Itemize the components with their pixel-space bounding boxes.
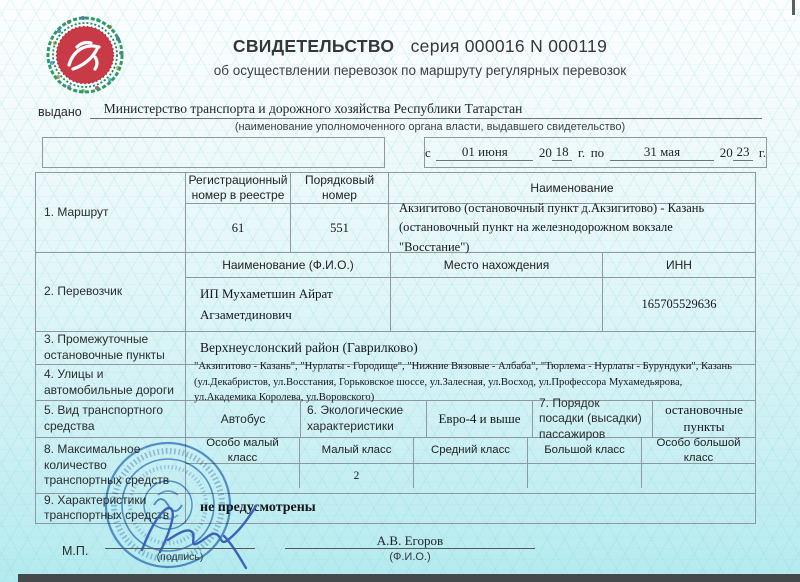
class-header-extra-large: Особо большой класс — [642, 438, 755, 463]
issued-block: выдано Министерство транспорта и дорожно… — [38, 101, 762, 133]
valid-to-year: 23 — [733, 144, 754, 161]
to-label: по — [591, 145, 604, 161]
row-route: 1. Маршрут Регистрационный номер в реест… — [36, 173, 755, 253]
order-number-header: Порядковый номер — [291, 173, 389, 203]
fio-value: А.В. Егоров — [377, 533, 443, 548]
vehicle-type-value: Автобус — [186, 401, 301, 437]
carrier-inn-value: 165705529636 — [603, 278, 755, 331]
scan-corner-artifact — [792, 0, 795, 15]
vehicle-type-label: 5. Вид транспортного средства — [36, 401, 186, 437]
signature-caption: (подпись) — [105, 551, 255, 563]
registry-number-value: 61 — [186, 204, 291, 252]
streets-roads-value: "Акзигитово - Казань", "Нурлаты - Городи… — [186, 365, 755, 400]
issued-caption: (наименование уполномоченного органа вла… — [38, 121, 762, 133]
order-number-value: 551 — [291, 204, 389, 252]
year-suffix-2: г. — [759, 145, 766, 161]
fio-line: А.В. Егоров — [285, 533, 535, 549]
valid-to-date: 31 мая — [610, 144, 714, 161]
document-subtitle: об осуществлении перевозок по маршруту р… — [40, 63, 800, 78]
streets-roads-label: 4. Улицы и автомобильные дороги — [36, 365, 186, 400]
eco-value: Евро-4 и выше — [427, 401, 533, 437]
title-block: СВИДЕТЕЛЬСТВО серия 000016 N 000119 об о… — [40, 36, 800, 78]
registry-number-header: Регистрационный номер в реестре — [186, 173, 291, 203]
from-century: 20 — [539, 145, 552, 161]
count-medium — [414, 464, 528, 488]
series-number: серия 000016 N 000119 — [411, 36, 607, 56]
fio-caption: (Ф.И.О.) — [285, 551, 535, 563]
count-extra-large — [642, 464, 755, 488]
scan-edge-band — [18, 574, 800, 582]
signature-line — [105, 530, 255, 549]
mp-label: М.П. — [62, 544, 88, 558]
intermediate-stops-label: 3. Промежуточные остановочные пункты — [36, 332, 186, 364]
row-streets-roads: 4. Улицы и автомобильные дороги "Акзигит… — [36, 365, 755, 401]
valid-from-year: 18 — [552, 144, 573, 161]
document-title: СВИДЕТЕЛЬСТВО серия 000016 N 000119 — [40, 36, 800, 57]
row-vehicle-eco-boarding: 5. Вид транспортного средства Автобус 6.… — [36, 401, 755, 438]
blank-field-box — [42, 137, 385, 168]
class-header-medium: Средний класс — [414, 438, 528, 463]
carrier-name-header: Наименование (Ф.И.О.) — [186, 253, 391, 277]
issued-label: выдано — [38, 105, 90, 119]
boarding-label: 7. Порядок посадки (высадки) пассажиров — [533, 401, 653, 437]
count-small: 2 — [300, 464, 414, 488]
validity-period-box: с 01 июня 20 18 г. по 31 мая 20 23 г. — [424, 137, 767, 168]
title-word: СВИДЕТЕЛЬСТВО — [233, 36, 394, 56]
eco-label: 6. Экологические характеристики — [301, 401, 427, 437]
class-header-small: Малый класс — [300, 438, 414, 463]
carrier-inn-header: ИНН — [603, 253, 755, 277]
from-label: с — [425, 145, 431, 161]
carrier-label: 2. Перевозчик — [36, 253, 186, 331]
issuing-authority: Министерство транспорта и дорожного хозя… — [90, 101, 762, 119]
row-carrier: 2. Перевозчик Наименование (Ф.И.О.) Мест… — [36, 253, 755, 332]
year-suffix-1: г. — [578, 145, 585, 161]
to-century: 20 — [720, 145, 733, 161]
carrier-location-value — [391, 278, 603, 331]
class-header-large: Большой класс — [528, 438, 642, 463]
carrier-name-value: ИП Мухаметшин Айрат Агзаметдинович — [186, 278, 391, 331]
valid-from-date: 01 июня — [436, 144, 533, 161]
boarding-value: остановочные пункты — [653, 401, 755, 437]
count-large — [528, 464, 642, 488]
carrier-location-header: Место нахождения — [391, 253, 603, 277]
route-label: 1. Маршрут — [36, 173, 186, 252]
certificate-document: СВИДЕТЕЛЬСТВО серия 000016 N 000119 об о… — [0, 0, 800, 582]
route-name-value: Акзигитово (остановочный пункт д.Акзигит… — [389, 204, 755, 252]
